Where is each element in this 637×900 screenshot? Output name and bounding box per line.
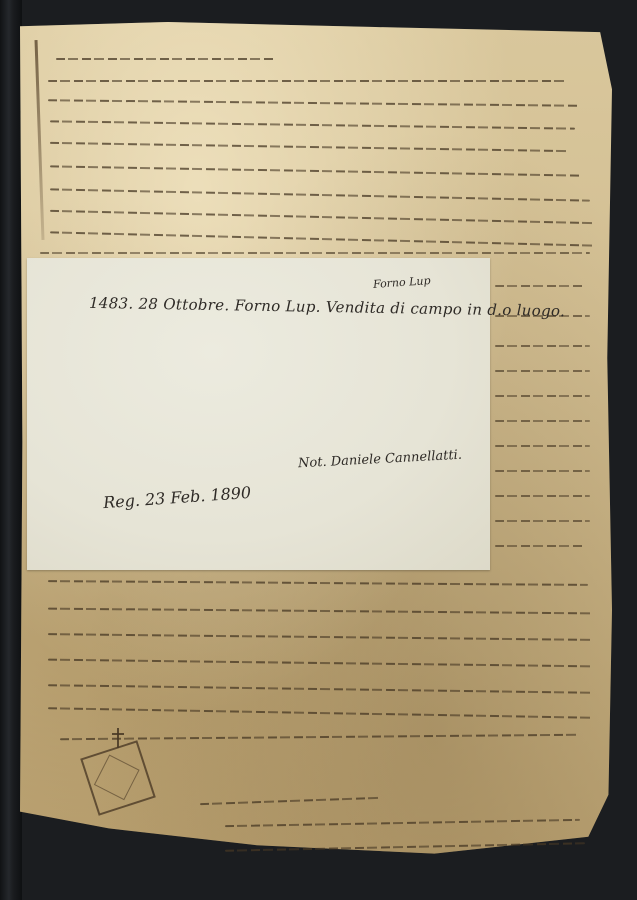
archival-label: Forno Lup 1483. 28 Ottobre. Forno Lup. V… xyxy=(27,258,490,570)
label-corner-note: Forno Lup xyxy=(373,274,431,291)
book-binding-edge xyxy=(0,0,22,900)
label-notary-signature: Not. Daniele Cannellatti. xyxy=(298,448,463,472)
label-registration-date: Reg. 23 Feb. 1890 xyxy=(103,483,252,512)
